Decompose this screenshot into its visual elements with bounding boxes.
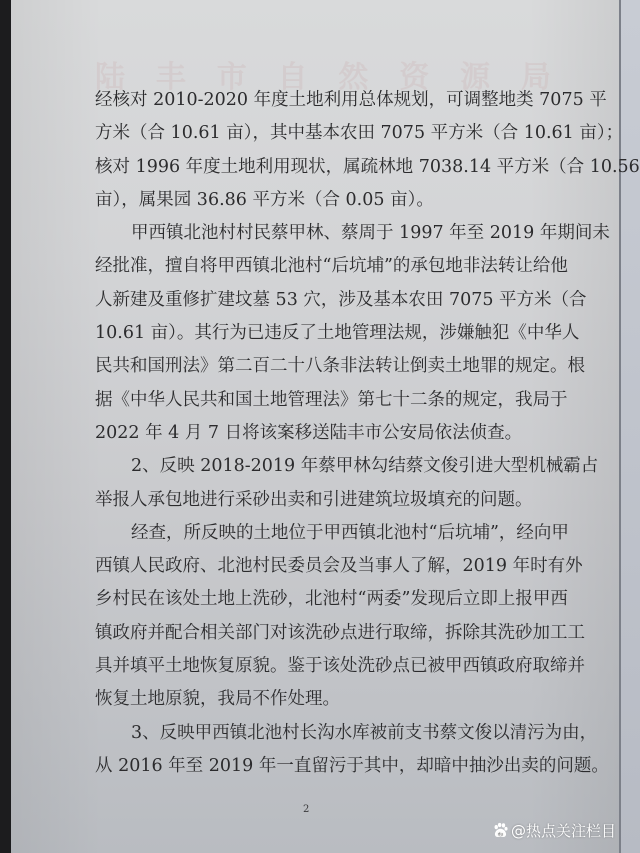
text-line: 从 2016 年至 2019 年一直留污于其中，却暗中抽沙出卖的问题。 [95,750,560,783]
text-line: 民共和国刑法》第二百二十八条非法转让倒卖土地罪的规定。根 [95,350,560,383]
page-backing [621,0,640,853]
text-line: 镇政府并配合相关部门对该洗砂点进行取缔，拆除其洗砂加工工 [95,617,560,650]
text-line: 2022 年 4 月 7 日将该案移送陆丰市公安局依法侦查。 [95,417,560,450]
text-line: 甲西镇北池村村民蔡甲林、蔡周于 1997 年至 2019 年期间未 [95,217,560,250]
document-photo: 陆 丰 市 自 然 资 源 局 经核对 2010-2020 年度土地利用总体规划… [0,0,640,853]
text-line: 10.61 亩）。其行为已违反了土地管理法规，涉嫌触犯《中华人 [95,317,560,350]
text-line: 2、反映 2018-2019 年蔡甲林勾结蔡文俊引进大型机械霸占 [95,450,560,483]
paragraph-item-2-findings: 经查，所反映的土地位于甲西镇北池村“后坑埔”，经向甲 西镇人民政府、北池村民委员… [95,517,560,717]
text-line: 3、反映甲西镇北池村长沟水库被前支书蔡文俊以清污为由， [95,717,560,750]
paragraph-illegal-transfer: 甲西镇北池村村民蔡甲林、蔡周于 1997 年至 2019 年期间未 经批准，擅自… [95,217,560,450]
svg-text:du: du [498,832,504,838]
text-line: 亩），属果园 36.86 平方米（合 0.05 亩）。 [95,184,560,217]
paragraph-land-review: 经核对 2010-2020 年度土地利用总体规划，可调整地类 7075 平 方米… [95,84,560,217]
text-line: 乡村民在该处土地上洗砂，北池村“两委”发现后立即上报甲西 [95,583,560,616]
text-line: 据《中华人民共和国土地管理法》第七十二条的规定，我局于 [95,384,560,417]
text-line: 经核对 2010-2020 年度土地利用总体规划，可调整地类 7075 平 [95,84,560,117]
paragraph-item-2-heading: 2、反映 2018-2019 年蔡甲林勾结蔡文俊引进大型机械霸占 举报人承包地进… [95,450,560,517]
text-line: 方米（合 10.61 亩），其中基本农田 7075 平方米（合 10.61 亩）… [95,117,560,150]
text-line: 西镇人民政府、北池村民委员会及当事人了解，2019 年时有外 [95,550,560,583]
paragraph-item-3-heading: 3、反映甲西镇北池村长沟水库被前支书蔡文俊以清污为由， 从 2016 年至 20… [95,717,560,784]
text-line: 恢复土地原貌，我局不作处理。 [95,683,560,716]
text-line: 经查，所反映的土地位于甲西镇北池村“后坑埔”，经向甲 [95,517,560,550]
text-line: 经批准，擅自将甲西镇北池村“后坑埔”的承包地非法转让给他 [95,250,560,283]
text-line: 人新建及重修扩建坟墓 53 穴，涉及基本农田 7075 平方米（合 [95,284,560,317]
text-line: 具并填平土地恢复原貌。鉴于该处洗砂点已被甲西镇政府取缔并 [95,650,560,683]
watermark: du @热点关注栏目 [492,820,616,841]
page-number: 2 [303,804,309,815]
text-line: 举报人承包地进行采砂出卖和引进建筑垃圾填充的问题。 [95,484,560,517]
watermark-text: @热点关注栏目 [511,820,616,841]
document-body: 经核对 2010-2020 年度土地利用总体规划，可调整地类 7075 平 方米… [95,84,560,783]
baidu-paw-icon: du [492,822,509,839]
text-line: 核对 1996 年度土地利用现状，属疏林地 7038.14 平方米（合 10.5… [95,151,560,184]
